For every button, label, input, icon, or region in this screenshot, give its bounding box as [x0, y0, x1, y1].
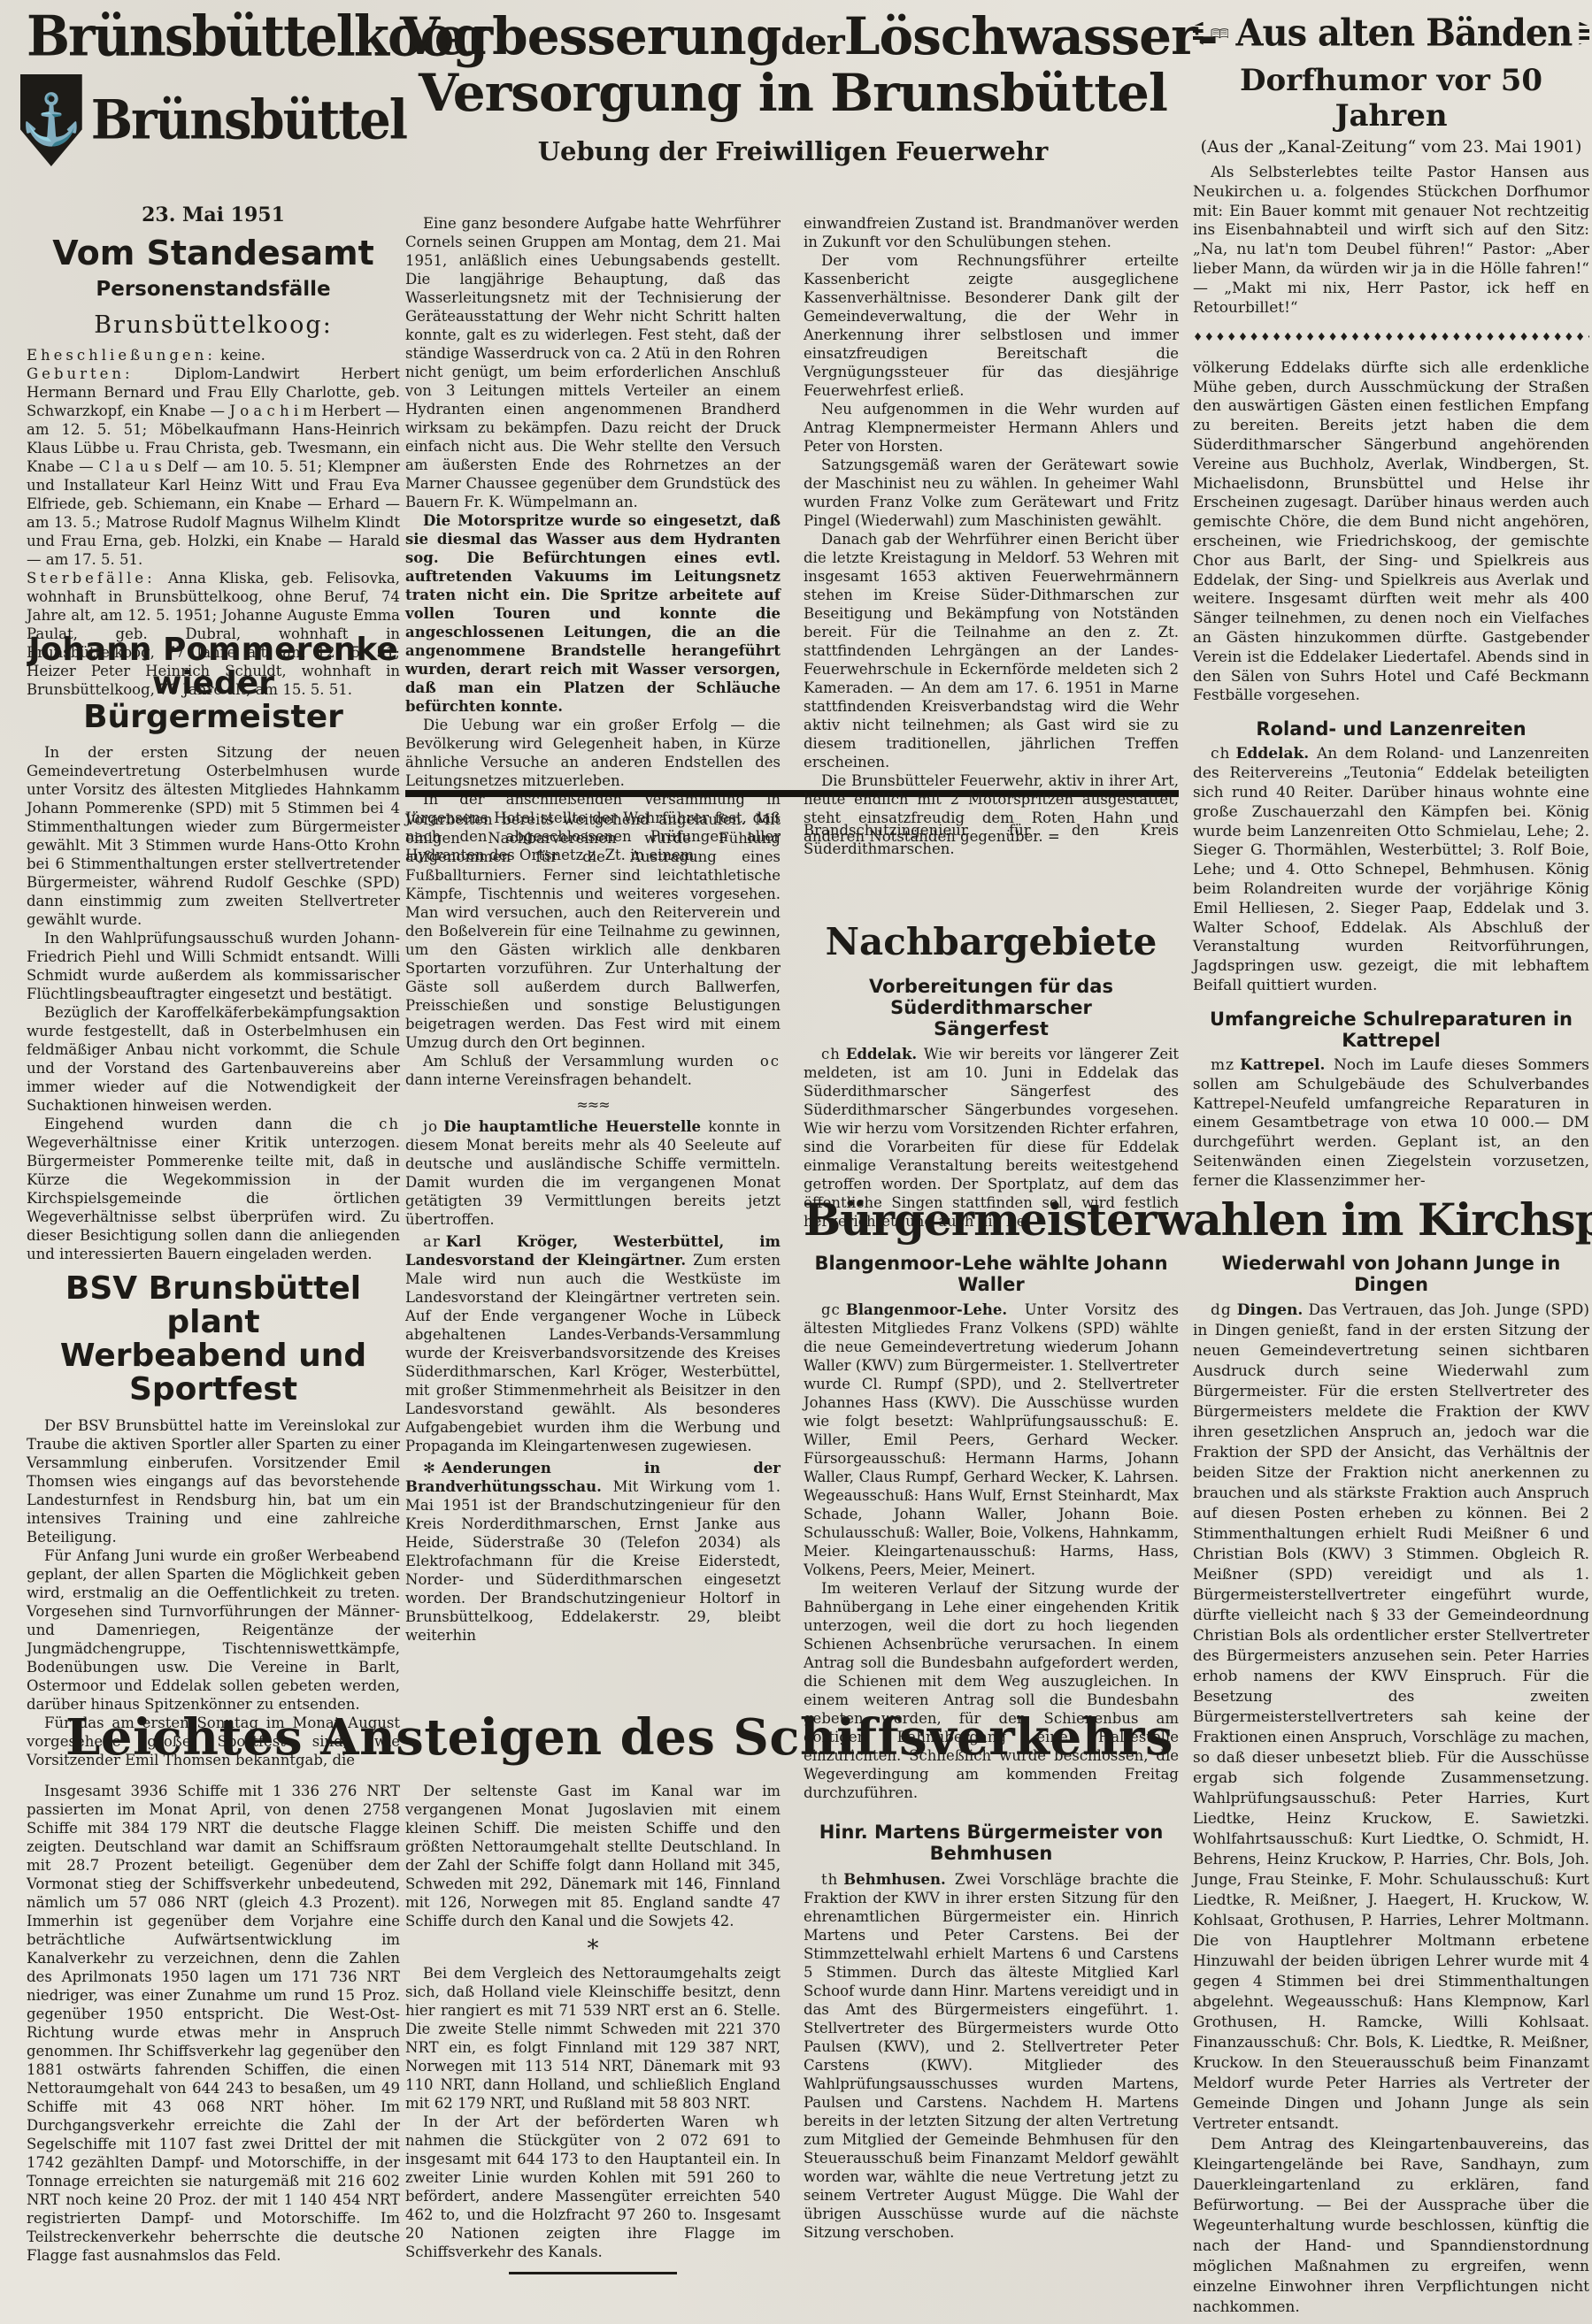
section-nachbargebiete: Nachbargebiete Vorbereitungen für das Sü…: [804, 920, 1179, 1231]
feuerwehr-col2: Eine ganz besondere Aufgabe hatte Wehrfü…: [405, 214, 781, 864]
masthead-title-line2: Brünsbüttel: [91, 94, 406, 147]
saengerfest-subhead: Vorbereitungen für das Süderdithmarscher…: [804, 976, 1179, 1039]
blangenmoor-subhead: Blangenmoor-Lehe wählte Johann Waller: [804, 1253, 1179, 1295]
paragraph: einwandfreien Zustand ist. Brandmanöver …: [804, 214, 1179, 251]
newspaper-page: Brünsbüttelkoog ⚓ Brünsbüttel 23. Mai 19…: [0, 0, 1592, 2324]
paragraph: chEddelak. An dem Roland- und Lanzenreit…: [1193, 745, 1589, 995]
dorfhumor-title: Dorfhumor vor 50 Jahren: [1193, 63, 1589, 134]
article-dingen: Wiederwahl von Johann Junge in Dingen dg…: [1193, 1253, 1589, 2318]
paragraph: Der vom Rechnungsführer erteilte Kassenb…: [804, 251, 1179, 400]
paragraph: ocAm Schluß der Versammlung wurden dann …: [405, 1052, 781, 1089]
paragraph: Im weiteren Verlauf der Sitzung wurde de…: [804, 1579, 1179, 1802]
feuerwehr-headline: VerbesserungderLöschwasser- Versorgung i…: [400, 9, 1186, 166]
buergermeisterwahlen-headline: Bürgermeisterwahlen im Kirchspiel Eddela…: [804, 1198, 1589, 1242]
squiggle-divider: ≈≈≈: [405, 1098, 781, 1112]
col2-continuation: Vorarbeiten bereits weitgehend angelaufe…: [405, 810, 781, 1645]
paragraph: In den Wahlprüfungsausschuß wurden Johan…: [27, 929, 400, 1003]
article-bsv: BSV Brunsbüttel plant Werbeabend und Spo…: [27, 1272, 400, 1769]
paragraph: Als Selbsterlebtes teilte Pastor Hansen …: [1193, 164, 1589, 318]
brief-brandverhuetung: ✻Aenderungen in der Brandverhütungsschau…: [405, 1459, 781, 1645]
paragraph: Dem Antrag des Kleingartenbauvereins, da…: [1193, 2135, 1589, 2318]
diamond-divider: ♦♦♦♦♦♦♦♦♦♦♦♦♦♦♦♦♦♦♦♦♦♦♦♦♦♦♦♦♦♦♦♦♦♦♦♦♦♦♦♦…: [1193, 332, 1589, 343]
paragraph: Der seltenste Gast im Kanal war im verga…: [405, 1782, 781, 1930]
schiffsverkehr-col2: Der seltenste Gast im Kanal war im verga…: [405, 1782, 781, 2274]
paragraph: Brandschutzingenieur für den Kreis Süder…: [804, 821, 1179, 858]
aab-banner: Aus alten Bänden: [1193, 12, 1589, 54]
paragraph: Für Anfang Juni wurde ein großer Werbeab…: [27, 1546, 400, 1714]
paragraph: Satzungsgemäß waren der Gerätewart sowie…: [804, 456, 1179, 530]
correspondent-sig: ch: [352, 1115, 400, 1133]
aus-alten-baenden: Aus alten Bänden Dorfhumor vor 50 Jahren…: [1193, 12, 1589, 1192]
banner-flourish-left: [1193, 22, 1204, 45]
paragraph: Bezüglich der Karoffelkäferbekämpfungsak…: [27, 1003, 400, 1115]
bsv-title: BSV Brunsbüttel plant Werbeabend und Spo…: [27, 1272, 400, 1407]
dorfhumor-source: (Aus der „Kanal-Zeitung“ vom 23. Mai 190…: [1193, 137, 1589, 157]
paragraph: thBehmhusen. Zwei Vorschläge brachte die…: [804, 1870, 1179, 2242]
paragraph: chEingehend wurden dann die Wegeverhältn…: [27, 1115, 400, 1263]
paragraph: whIn der Art der beförderten Waren nahme…: [405, 2113, 781, 2261]
publication-date: 23. Mai 1951: [27, 203, 400, 226]
correspondent-sig: wh: [728, 2113, 781, 2131]
star-divider: *: [405, 1937, 781, 1960]
article-blangenmoor: Blangenmoor-Lehe wählte Johann Waller gc…: [804, 1253, 1179, 2242]
col3-continuation: Brandschutzingenieur für den Kreis Süder…: [804, 821, 1179, 858]
correspondent-sig: oc: [734, 1052, 781, 1070]
article-standesamt: Vom Standesamt Personenstandsfälle Bruns…: [27, 234, 400, 699]
paragraph: Eine ganz besondere Aufgabe hatte Wehrfü…: [405, 214, 781, 511]
paragraph: Der BSV Brunsbüttel hatte im Vereinsloka…: [27, 1416, 400, 1546]
paragraph: völkerung Eddelaks dürfte sich alle erde…: [1193, 359, 1589, 706]
standesamt-subtitle: Personenstandsfälle: [27, 278, 400, 301]
behmhusen-subhead: Hinr. Martens Bürgermeister von Behmhuse…: [804, 1822, 1179, 1864]
feuerwehr-col3: einwandfreien Zustand ist. Brandmanöver …: [804, 214, 1179, 846]
paragraph: Bei dem Vergleich des Nettoraumgehalts z…: [405, 1964, 781, 2113]
end-rule: [509, 2272, 677, 2274]
paragraph: mzKattrepel. Noch im Laufe dieses Sommer…: [1193, 1056, 1589, 1192]
standesamt-title: Vom Standesamt: [27, 234, 400, 272]
paragraph: Die Uebung war ein großer Erfolg — die B…: [405, 716, 781, 790]
banner-flourish-right: [1579, 22, 1589, 45]
aab-banner-title: Aus alten Bänden: [1235, 12, 1572, 55]
open-book-icon: [1211, 13, 1229, 54]
roland-subhead: Roland- und Lanzenreiten: [1193, 718, 1589, 740]
pommerenke-title: Johann Pommerenke wieder Bürgermeister: [27, 633, 400, 734]
paragraph: Neu aufgenommen in die Wehr wurden auf A…: [804, 400, 1179, 456]
masthead-title-line1: Brünsbüttelkoog: [27, 9, 400, 65]
paragraph: Vorarbeiten bereits weitgehend angelaufe…: [405, 810, 781, 1052]
brief-kroeger: arKarl Kröger, Westerbüttel, im Landesvo…: [405, 1232, 781, 1455]
paragraph: gcBlangenmoor-Lehe. Unter Vorsitz des äl…: [804, 1300, 1179, 1579]
masthead: Brünsbüttelkoog ⚓ Brünsbüttel: [27, 11, 400, 166]
feuerwehr-subhead: Uebung der Freiwilligen Feuerwehr: [400, 136, 1186, 166]
paragraph-bold: Die Motorspritze wurde so eingesetzt, da…: [405, 511, 781, 716]
paragraph: dgDingen. Das Vertrauen, das Joh. Junge …: [1193, 1300, 1589, 2135]
nachbargebiete-title: Nachbargebiete: [804, 920, 1179, 963]
standesamt-place: Brunsbüttelkoog:: [27, 311, 400, 339]
star-marker-icon: ✻: [423, 1460, 442, 1476]
paragraph: Insgesamt 3936 Schiffe mit 1 336 276 NRT…: [27, 1782, 400, 2265]
dingen-subhead: Wiederwahl von Johann Junge in Dingen: [1193, 1253, 1589, 1295]
paragraph-geburten: Geburten: Diplom-Landwirt Herbert Herman…: [27, 364, 400, 569]
anchor-shield-icon: ⚓: [20, 74, 82, 166]
paragraph-eheschliessungen: Eheschließungen: keine.: [27, 346, 400, 364]
article-pommerenke: Johann Pommerenke wieder Bürgermeister I…: [27, 633, 400, 1263]
schiffsverkehr-col1: Insgesamt 3936 Schiffe mit 1 336 276 NRT…: [27, 1782, 400, 2265]
paragraph: Danach gab der Wehrführer einen Bericht …: [804, 530, 1179, 771]
brief-heuerstelle: joDie hauptamtliche Heuerstelle konnte i…: [405, 1117, 781, 1229]
anchor-icon: ⚓: [20, 96, 82, 145]
paragraph: In der ersten Sitzung der neuen Gemeinde…: [27, 743, 400, 929]
kattrepel-subhead: Umfangreiche Schulreparaturen in Kattrep…: [1193, 1009, 1589, 1051]
